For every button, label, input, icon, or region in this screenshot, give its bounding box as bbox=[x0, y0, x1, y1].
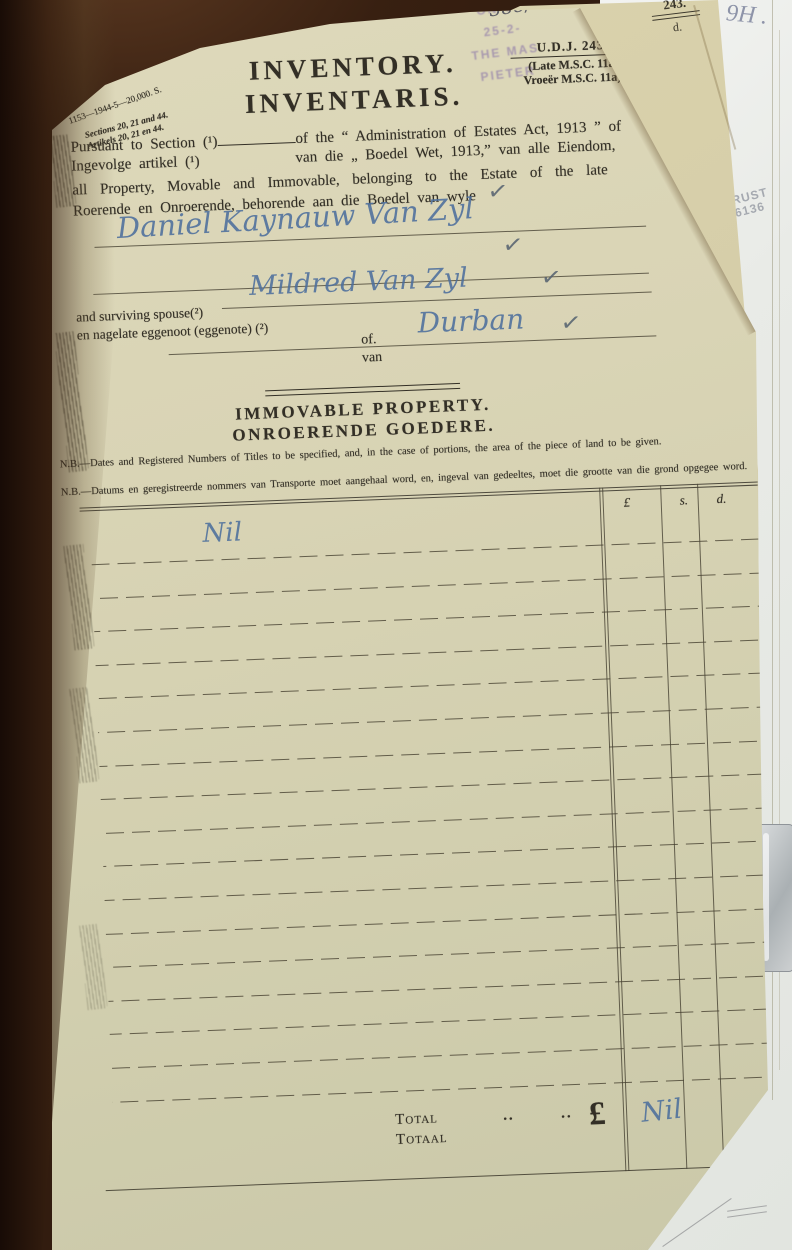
table-row-line bbox=[101, 773, 777, 800]
intro-line-2-label: Ingevolge artikel (¹) bbox=[71, 154, 200, 175]
of-label-en: of. bbox=[361, 332, 377, 349]
section-heading: IMMOVABLE PROPERTY. ONROERENDE GOEDERE. bbox=[163, 391, 564, 448]
checkmark: ✓ bbox=[501, 230, 525, 261]
table-row-line bbox=[103, 840, 779, 867]
table-row-line bbox=[102, 807, 778, 834]
margin-footnote-texture bbox=[63, 544, 94, 651]
table-row-line bbox=[110, 1008, 786, 1035]
total-label-af: Totaal bbox=[396, 1130, 448, 1149]
table-row-line bbox=[93, 572, 769, 599]
checkmark: ✓ bbox=[486, 176, 510, 207]
total-value-handwriting: Nil bbox=[640, 1094, 684, 1129]
table-row-line bbox=[99, 740, 775, 767]
total-label-en: Total bbox=[395, 1110, 438, 1129]
total-currency-symbol: £ bbox=[588, 1096, 606, 1134]
table-row-line bbox=[105, 874, 781, 901]
table-bottom-rule bbox=[106, 1164, 792, 1191]
first-item-handwriting: Nil bbox=[202, 517, 243, 548]
spouse-name-handwriting: Mildred Van Zyl bbox=[249, 263, 469, 302]
scanned-document-scene: 9H . RUST 6136 243. d. 1153—1944-5—20,00… bbox=[0, 0, 792, 1250]
table-column-divider bbox=[602, 488, 629, 1172]
table-row-line bbox=[111, 1042, 787, 1069]
of-label-af: van bbox=[362, 350, 383, 367]
table-row-line bbox=[112, 1075, 788, 1102]
table-column-divider bbox=[660, 485, 687, 1169]
place-handwriting: Durban bbox=[417, 302, 525, 339]
table-row-line bbox=[96, 639, 772, 666]
column-header-shillings: s. bbox=[679, 492, 688, 508]
table-row-line bbox=[108, 975, 784, 1002]
total-dots: .. bbox=[503, 1107, 515, 1124]
table-row-line bbox=[98, 706, 774, 733]
table-row-line bbox=[97, 673, 773, 700]
margin-footnote-texture bbox=[79, 924, 108, 1011]
spacer bbox=[200, 162, 296, 166]
margin-footnote-texture bbox=[54, 331, 89, 472]
double-rule bbox=[265, 383, 460, 396]
checkmark: ✓ bbox=[539, 262, 563, 293]
table-row-line bbox=[92, 538, 768, 565]
checkmark: ✓ bbox=[559, 307, 583, 338]
margin-footnote-texture bbox=[69, 687, 99, 784]
table-row-line bbox=[106, 908, 782, 935]
side-paper-handwriting: 9H . bbox=[725, 0, 769, 31]
table-column-divider bbox=[599, 488, 626, 1172]
column-header-pence: d. bbox=[716, 491, 726, 507]
ruled-line bbox=[169, 335, 657, 355]
total-dots: .. bbox=[561, 1105, 573, 1122]
blank-line bbox=[217, 129, 295, 146]
table-row-line bbox=[94, 605, 770, 632]
column-header-pounds: £ bbox=[623, 494, 630, 510]
table-row-line bbox=[107, 941, 783, 968]
table-column-divider bbox=[697, 484, 724, 1168]
intro-line-1-label: Pursuant to Section (¹) bbox=[70, 134, 217, 156]
